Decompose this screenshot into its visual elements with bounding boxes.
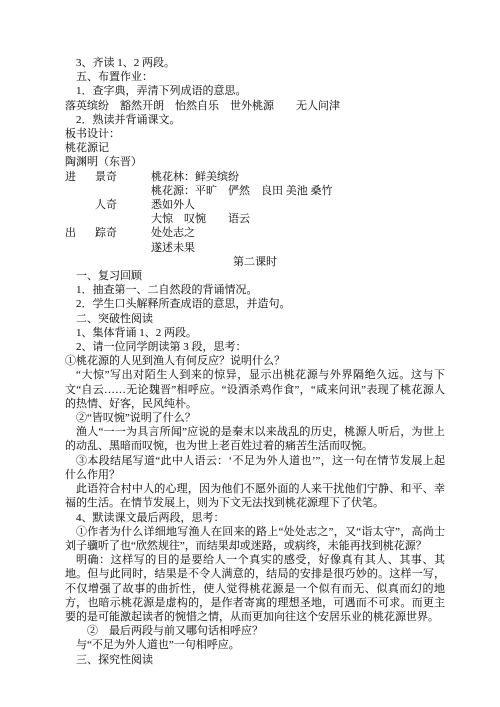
board-row: 进景奇桃花林：鲜美缤纷 bbox=[65, 170, 445, 184]
board-col-detail: 大惊 叹惋 语云 bbox=[151, 213, 250, 225]
board-row: 人奇悉如外人 bbox=[65, 198, 445, 212]
board-col-detail: 桃花源：平旷 俨然 良田 美池 桑竹 bbox=[151, 185, 333, 197]
answer-2: 渔人“一一为具言所闻”应说的是秦末以来战乱的历史，桃源人听后，为世上的动乱、黑暗… bbox=[65, 425, 445, 453]
course-title: 桃花源记 bbox=[65, 141, 445, 155]
board-design-label: 板书设计： bbox=[65, 127, 445, 141]
answer-1: “大惊”写出对陌生人到来的惊异，显示出桃花源与外界隔绝久远。这与下文“自云……无… bbox=[65, 368, 445, 411]
answer-4: 明确：这样写的目的是要给人一个真实的感受，好像真有其人、其事、其地。但与此同时，… bbox=[65, 553, 445, 624]
question-3: ③本段结尾写道“此中人语云：‘不足为外人道也’”，这一句在情节发展上起什么作用？ bbox=[65, 454, 445, 482]
board-col-stage: 出 bbox=[65, 226, 95, 240]
board-col-detail: 悉如外人 bbox=[151, 199, 195, 211]
board-col-feature: 景奇 bbox=[95, 170, 151, 184]
line-silent-reading: 4、默读课文最后两段，思考： bbox=[65, 511, 445, 525]
board-row: 大惊 叹惋 语云 bbox=[65, 212, 445, 226]
board-row: 遂述未果 bbox=[65, 241, 445, 255]
line-homework-2: 2．熟读并背诵课文。 bbox=[65, 113, 445, 127]
board-col-detail: 桃花林：鲜美缤纷 bbox=[151, 171, 239, 183]
board-row: 出踪奇处处志之 bbox=[65, 226, 445, 240]
board-col-stage: 进 bbox=[65, 170, 95, 184]
lesson2-title: 第二课时 bbox=[65, 255, 445, 269]
answer-3: 此语符合村中人的心理，因为他们不愿外面的人来干扰他们宁静、和平、幸福的生活。在情… bbox=[65, 482, 445, 510]
line-review-2: 2．学生口头解释所查成语的意思，并造句。 bbox=[65, 297, 445, 311]
question-2: ②“皆叹惋”说明了什么？ bbox=[65, 411, 445, 425]
line-recite: 1、集体背诵 1、2 两段。 bbox=[65, 326, 445, 340]
board-row: 桃花源：平旷 俨然 良田 美池 桑竹 bbox=[65, 184, 445, 198]
section-heading-exploratory-reading: 三、探究性阅读 bbox=[65, 653, 445, 667]
line-homework-1: 1．查字典，弄清下列成语的意思。 bbox=[65, 84, 445, 98]
question-5: ② 最后两段与前又哪句话相呼应？ bbox=[65, 624, 445, 638]
page-content: 3、齐读 1、2 两段。 五、布置作业： 1．查字典，弄清下列成语的意思。 落英… bbox=[65, 56, 445, 667]
board-col-feature: 踪奇 bbox=[95, 226, 151, 240]
question-4: ①作者为什么详细地写渔人在回来的路上“处处志之”，又“诣太守”，高尚士刘子骥听了… bbox=[65, 525, 445, 553]
line-read-aloud: 3、齐读 1、2 两段。 bbox=[65, 56, 445, 70]
line-idiom-list: 落英缤纷 豁然开朗 怡然自乐 世外桃源 无人问津 bbox=[65, 99, 445, 113]
board-col-detail: 遂述未果 bbox=[151, 242, 195, 254]
line-read-para3: 2、请一位同学朗读第 3 段，思考： bbox=[65, 340, 445, 354]
line-review-1: 1．抽查第一、二自然段的背诵情况。 bbox=[65, 283, 445, 297]
section-heading-homework: 五、布置作业： bbox=[65, 70, 445, 84]
document-page: 3、齐读 1、2 两段。 五、布置作业： 1．查字典，弄清下列成语的意思。 落英… bbox=[0, 0, 500, 707]
section-heading-review: 一、复习回顾 bbox=[65, 269, 445, 283]
section-heading-breakthrough-reading: 二、突破性阅读 bbox=[65, 312, 445, 326]
question-1: ①桃花源的人见到渔人有何反应？说明什么？ bbox=[65, 354, 445, 368]
board-col-feature: 人奇 bbox=[95, 198, 151, 212]
answer-5: 与“不足为外人道也”一句相呼应。 bbox=[65, 638, 445, 652]
author-line: 陶渊明（东晋） bbox=[65, 155, 445, 169]
board-col-detail: 处处志之 bbox=[151, 227, 195, 239]
